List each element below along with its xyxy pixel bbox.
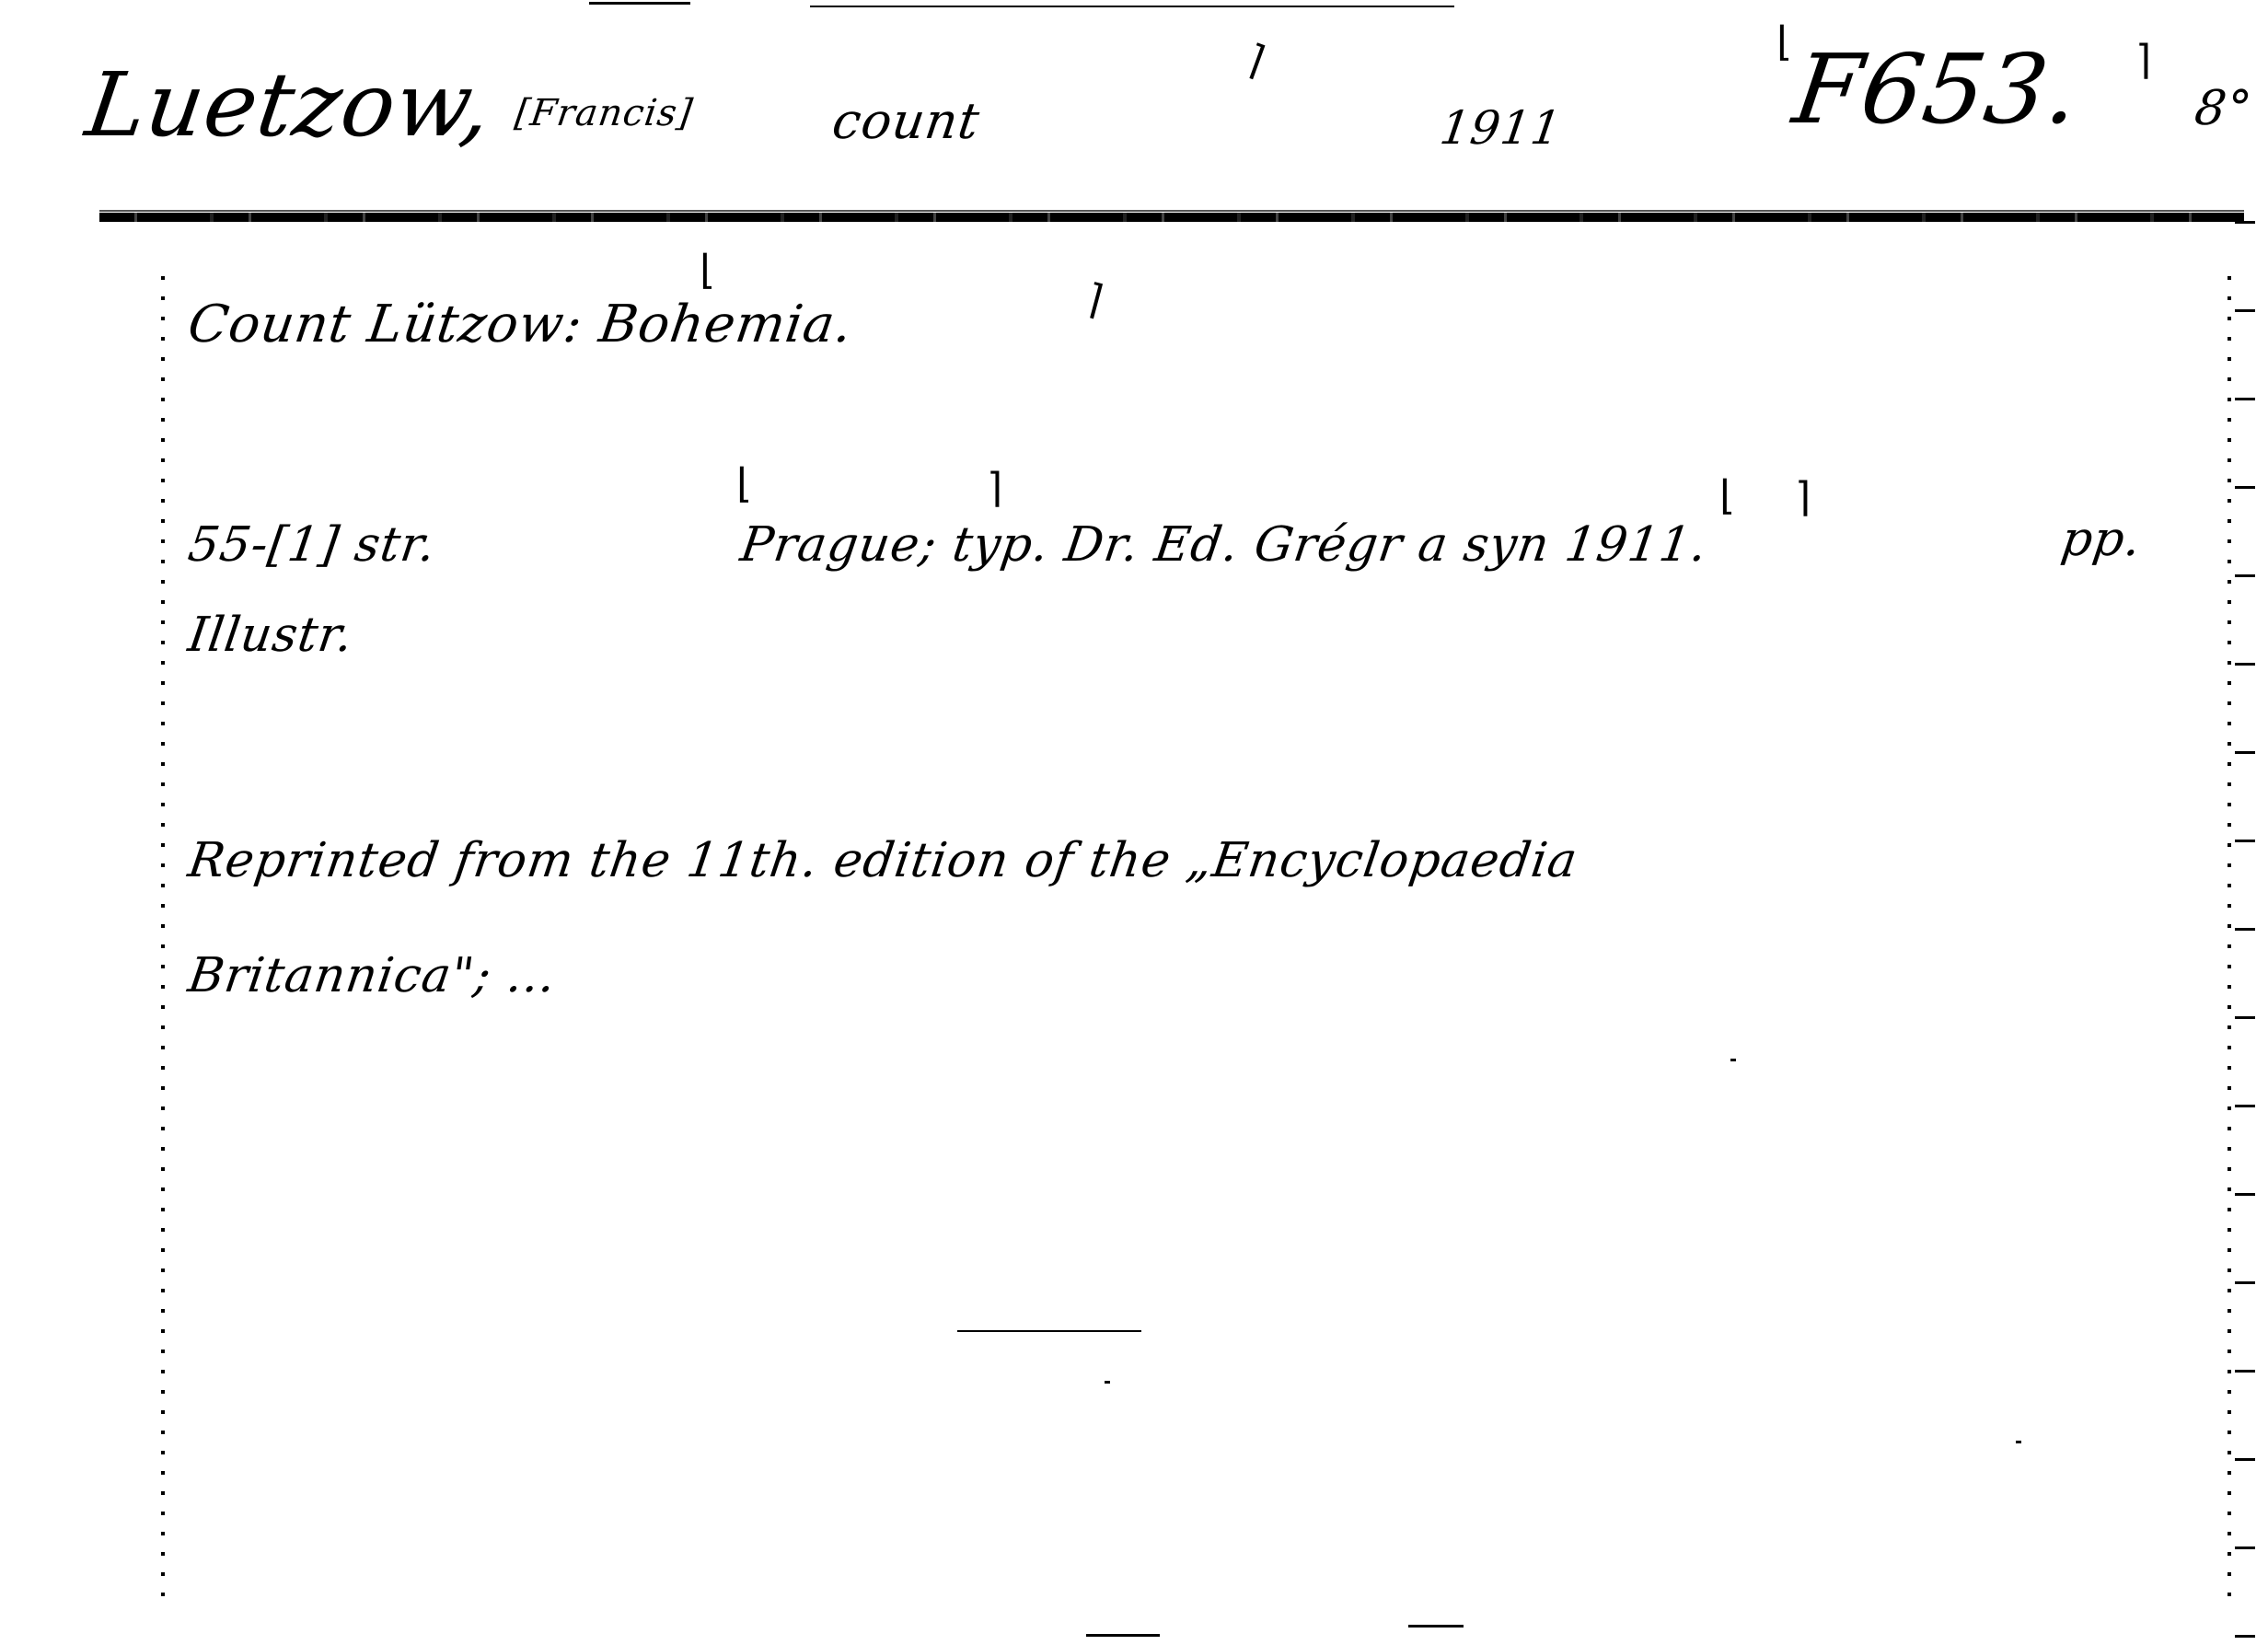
scan-speck (810, 6, 1454, 7)
left-margin-guide (161, 276, 165, 1611)
open-bracket-mark: ⌊ (1776, 18, 1792, 65)
header-rule-thin (99, 210, 2244, 212)
scan-speck (1086, 1634, 1160, 1637)
edge-tick-marks (2235, 221, 2255, 1639)
publication-year: 1911 (1437, 101, 1565, 155)
pagination: 55-[1] str. (185, 517, 440, 573)
close-bracket-mark: ⌉ (2135, 37, 2151, 84)
close-bracket-mark: ⌉ (987, 465, 1002, 512)
close-bracket-mark: ⌉ (1795, 474, 1811, 521)
pages-mark: pp. (2058, 512, 2146, 567)
scan-speck (2016, 1441, 2021, 1443)
open-bracket-mark: ⌊ (700, 247, 715, 294)
close-bracket-mark: ⌉ (1240, 36, 1271, 86)
imprint: Prague; typ. Dr. Ed. Grégr a syn 1911. (737, 517, 1711, 573)
author-heading: Luetzow, (80, 53, 498, 156)
close-bracket-mark: ⌉ (1081, 275, 1108, 325)
scan-speck (957, 1330, 1141, 1332)
right-margin-guide (2227, 276, 2231, 1611)
header-rule (99, 213, 2244, 222)
open-bracket-mark: ⌊ (1719, 472, 1735, 519)
reprint-note-line-1: Reprinted from the 11th. edition of the … (185, 833, 1581, 888)
title-line: Count Lützow: Bohemia. (184, 295, 856, 354)
scan-speck (1105, 1381, 1110, 1384)
scan-speck (589, 2, 690, 5)
author-forename: [Francis] (513, 92, 696, 134)
illustrations-note: Illustr. (185, 608, 357, 663)
author-rank: count (829, 92, 984, 150)
scan-speck (1730, 1059, 1736, 1061)
scan-speck (1408, 1625, 1464, 1628)
call-number: F653. (1787, 33, 2087, 145)
format-size: 8° (2192, 81, 2256, 136)
open-bracket-mark: ⌊ (736, 460, 752, 507)
reprint-note-line-2: Britannica"; ... (185, 948, 560, 1003)
